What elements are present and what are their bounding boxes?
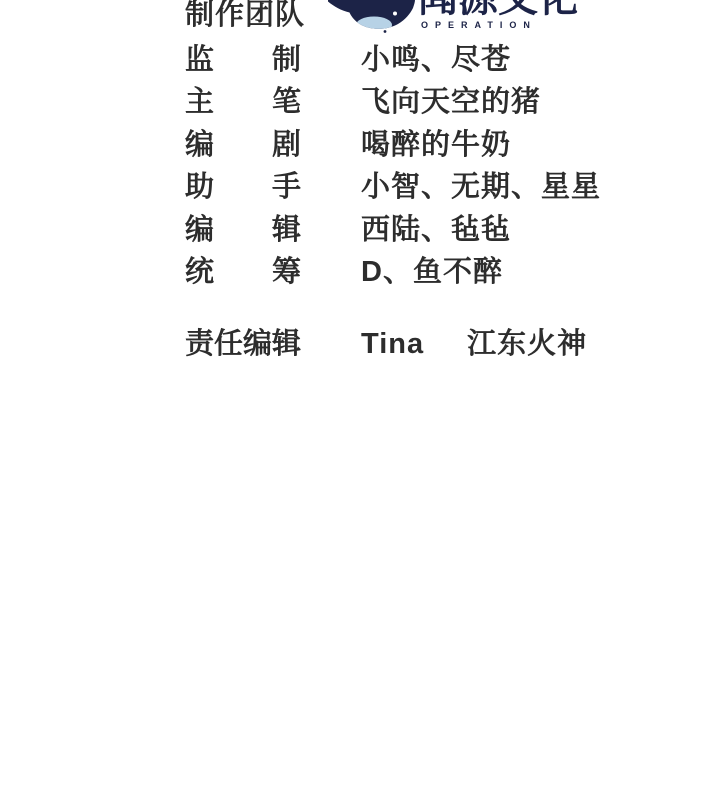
credit-row-responsible-editor: 责任编辑 Tina 江东火神	[185, 329, 587, 360]
whale-icon	[328, 0, 420, 36]
credits-list: 监制 小鸣、尽苍 主笔 飞向天空的猪 编剧 喝醉的牛奶 助手 小智、无期、星星 …	[185, 45, 645, 299]
role-names: 飞向天空的猪	[361, 87, 541, 117]
whale-eye	[393, 12, 397, 16]
role-names: 小鸣、尽苍	[361, 45, 511, 75]
role-label: 编剧	[185, 130, 301, 160]
credit-row-screenwriter: 编剧 喝醉的牛奶	[185, 130, 645, 160]
role-names-1: Tina	[361, 329, 424, 359]
logo-subtitle: OPERATION	[421, 20, 537, 31]
role-label: 责任编辑	[185, 329, 301, 359]
role-names: D、鱼不醉	[361, 257, 503, 287]
role-label: 编辑	[185, 215, 301, 245]
credit-row-editors: 编辑 西陆、毡毡	[185, 215, 645, 245]
role-label: 统筹	[185, 257, 301, 287]
credit-row-lead-artist: 主笔 飞向天空的猪	[185, 87, 645, 117]
role-names: 小智、无期、星星	[361, 172, 601, 202]
role-names: 喝醉的牛奶	[361, 130, 511, 160]
logo-company-name: 闻源文化	[418, 0, 578, 18]
role-names: 西陆、毡毡	[361, 215, 511, 245]
role-label: 助手	[185, 172, 301, 202]
credit-row-assistants: 助手 小智、无期、星星	[185, 172, 645, 202]
studio-logo: 闻源文化 OPERATION	[328, 0, 588, 40]
role-label: 主笔	[185, 87, 301, 117]
role-label: 监制	[185, 45, 301, 75]
credit-row-supervisor: 监制 小鸣、尽苍	[185, 45, 645, 75]
role-names-2: 江东火神	[467, 329, 587, 359]
credits-page: 制作团队 闻源文化 OPERATION 监制 小鸣、尽苍	[0, 0, 720, 800]
credit-row-coordinator: 统筹 D、鱼不醉	[185, 257, 645, 287]
page-title: 制作团队	[185, 0, 305, 31]
